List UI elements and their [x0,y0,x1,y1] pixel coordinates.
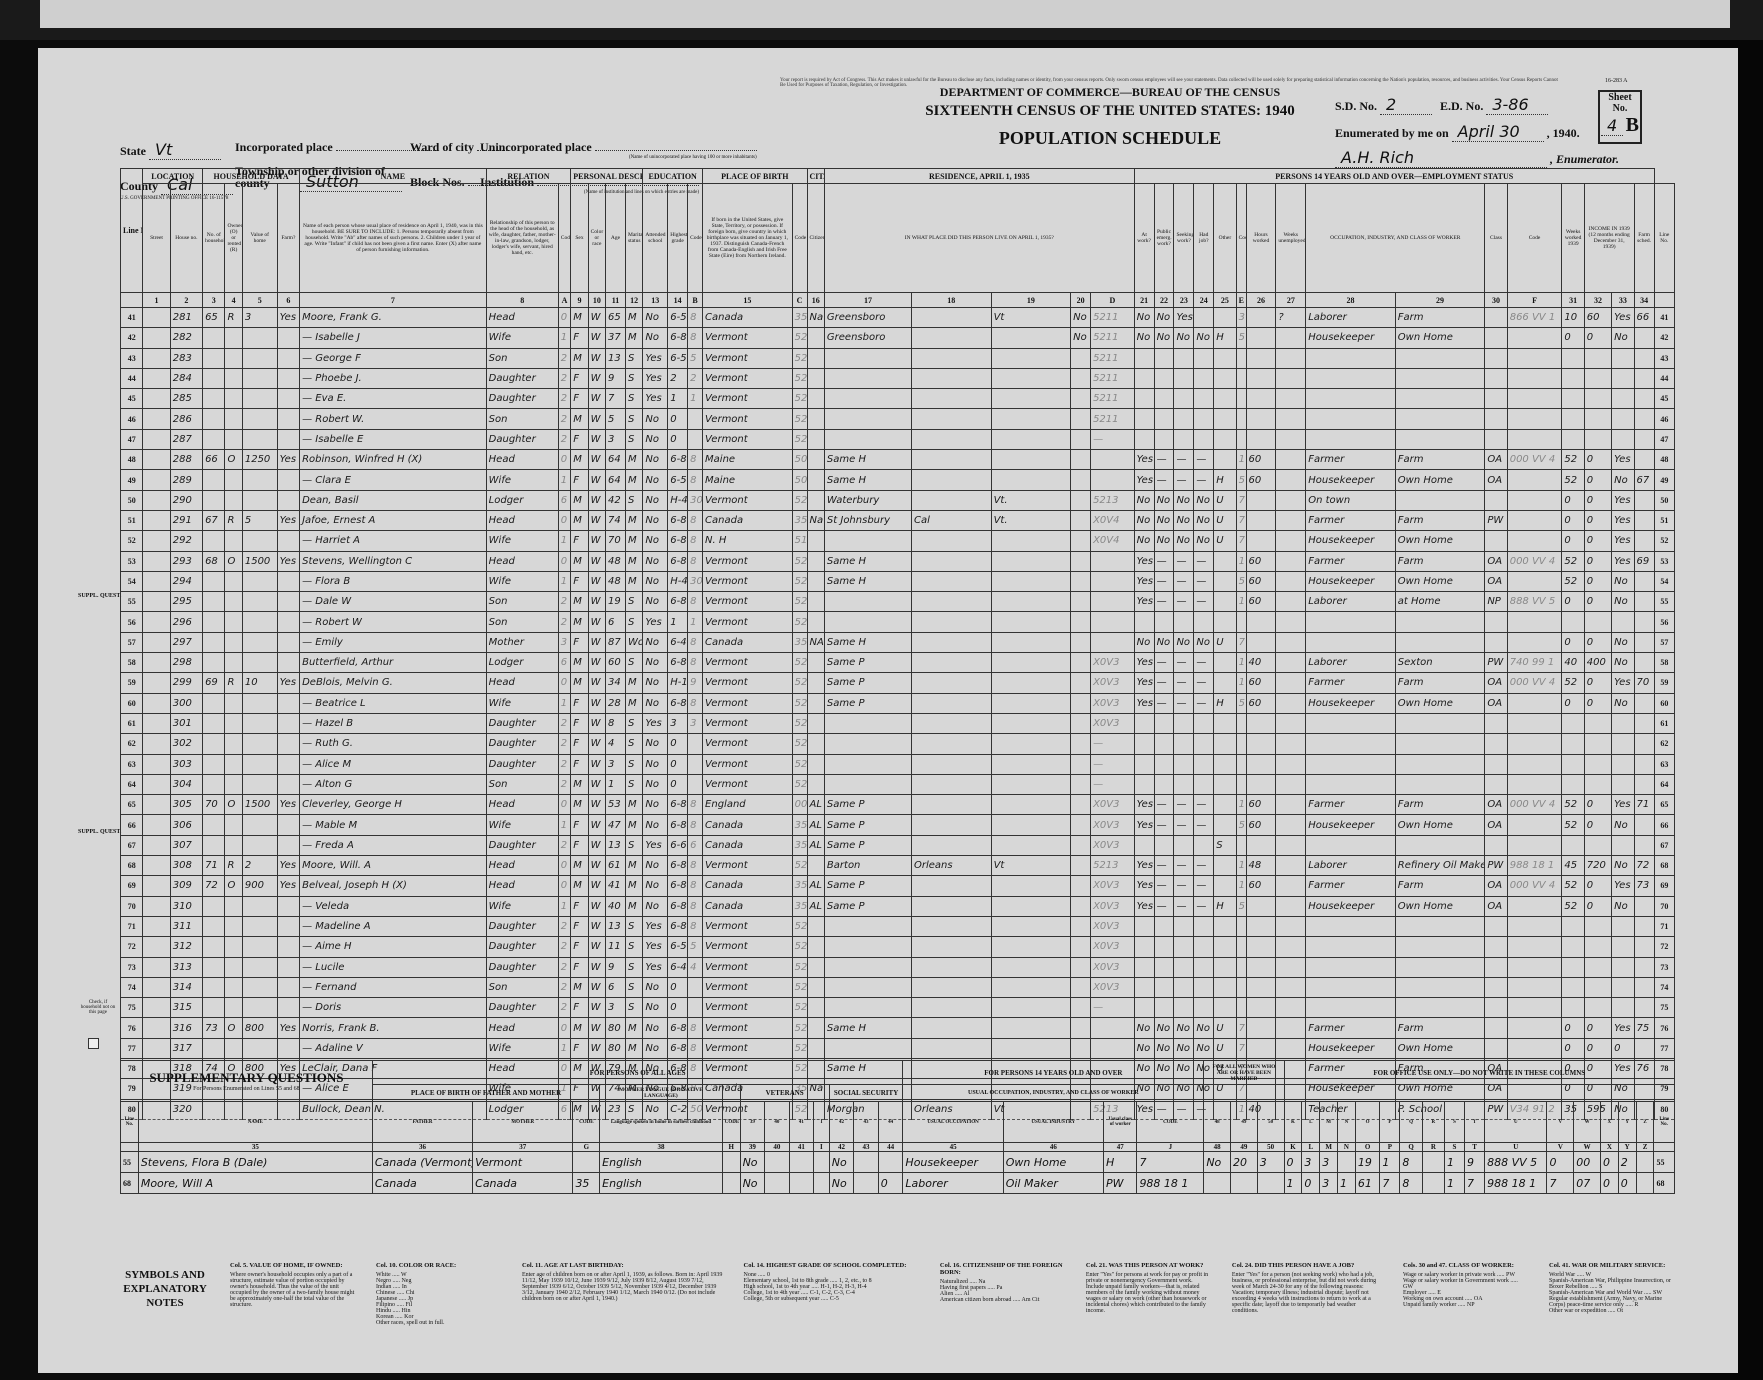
supp-header: M [1320,1102,1338,1143]
cell-age: 8 [606,713,626,733]
cell-house: 302 [170,734,202,754]
cell-c: 52 [792,368,807,388]
cell-sex: M [571,612,588,632]
cell-own [225,409,242,429]
cell-citizen [807,470,824,490]
cell-res-city [824,937,911,957]
cell-birthplace: Vermont [703,409,793,429]
cell-class: OA [1485,571,1507,591]
cell-c27 [1276,815,1306,835]
cell-c22: — [1154,592,1174,612]
cell-industry [1395,774,1485,794]
cell-grade: 0 [668,774,688,794]
supp-col-number: 37 [473,1143,573,1152]
cell-value [242,592,277,612]
ed-field: E.D. No. 3-86 [1440,95,1548,115]
cell-res-farm [1071,795,1091,815]
line-number: 69 [121,876,143,896]
cell-grade: 1 [668,389,688,409]
cell-occupation: Farmer [1306,450,1396,470]
cell-b [688,754,703,774]
cell-value [242,916,277,936]
cell-res-city [824,612,911,632]
supp-col-number: 39 [740,1143,765,1152]
table-row: 45285— Eva E.Daughter2FW7SYes11Vermont52… [121,389,1675,409]
cell-c22: — [1154,653,1174,673]
population-rows: 4128165R3YesMoore, Frank G.Head0MW65MNo6… [121,308,1675,1120]
cell-citizen [807,653,824,673]
cell-c27 [1276,531,1306,551]
cell-c22 [1154,612,1174,632]
cell-c21: Yes [1134,592,1154,612]
cell-school: No [643,653,668,673]
supp-cell-c49: 20 [1231,1152,1258,1173]
cell-wages [1584,368,1611,388]
cell-birthplace: Vermont [703,653,793,673]
cell-house: 307 [170,835,202,855]
cell-value: 1250 [242,450,277,470]
cell-own [225,653,242,673]
cell-farm [277,632,299,652]
cell-b: 8 [688,450,703,470]
cell-name: — Madeline A [300,916,487,936]
cell-farm [277,774,299,794]
cell-res-state [991,368,1071,388]
cell-farm: Yes [277,876,299,896]
cell-birthplace: Canada [703,632,793,652]
cell-farm-sched: 75 [1634,1018,1654,1038]
cell-marital: M [625,815,642,835]
cell-sex: M [571,490,588,510]
supplementary-section: SUPPLEMENTARY QUESTIONS For Persons Enum… [120,1060,1675,1194]
cell-value: 2 [242,856,277,876]
supp-col-number: 38 [600,1143,723,1152]
line-number: 63 [121,754,143,774]
cell-grade: 6-6 [668,835,688,855]
cell-own [225,815,242,835]
cell-citizen [807,450,824,470]
cell-c26 [1246,531,1276,551]
line-number-right: 75 [1654,998,1674,1018]
table-row: 66306— Mable MWife1FW47MNo6-88Canada35AL… [121,815,1675,835]
cell-school: No [643,673,668,693]
residence-group-header: RESIDENCE, APRIL 1, 1935 [824,169,1134,184]
cell-a: 2 [558,429,570,449]
cell-b: 30 [688,490,703,510]
cell-f [1507,754,1562,774]
supp-header: 39 [740,1102,765,1143]
cell-class [1485,937,1507,957]
cell-race: W [588,977,605,997]
cell-weeks [1562,389,1584,409]
cell-house: 285 [170,389,202,409]
note-col21: Col. 21. WAS THIS PERSON AT WORK?Enter "… [1086,1262,1212,1352]
cell-farm-sched [1634,815,1654,835]
cell-res-city: Waterbury [824,490,911,510]
cell-street [143,957,170,977]
cell-sex: F [571,998,588,1018]
supp-header: Usual class of worker [1104,1102,1137,1143]
cell-grade: 6-8 [668,815,688,835]
cell-res-farm [1071,409,1091,429]
supp-cell-k: 0 [1284,1152,1302,1173]
cell-marital: S [625,429,642,449]
cell-farm [277,896,299,916]
cell-farm [277,612,299,632]
cell-marital: M [625,693,642,713]
cell-street [143,1038,170,1058]
cell-c: 52 [792,592,807,612]
cell-a: 1 [558,815,570,835]
cell-res-county [911,368,991,388]
supp-cell-p: 7 [1380,1173,1400,1194]
cell-value [242,998,277,1018]
cell-c24: — [1194,693,1214,713]
cell-sex: M [571,977,588,997]
cell-c26: 48 [1246,856,1276,876]
cell-farm-sched [1634,531,1654,551]
cell-sex: M [571,409,588,429]
cell-birthplace: Vermont [703,937,793,957]
cell-c23: — [1174,592,1194,612]
cell-occupation [1306,774,1396,794]
cell-relation: Daughter [486,713,558,733]
cell-hh [203,693,225,713]
cell-birthplace: Canada [703,896,793,916]
cell-e: 1 [1236,876,1246,896]
cell-school: Yes [643,389,668,409]
veterans-header: VETERANS [740,1085,829,1102]
cell-b: 8 [688,856,703,876]
cell-house: 295 [170,592,202,612]
cell-marital: M [625,1018,642,1038]
social-security-header: SOCIAL SECURITY [829,1085,903,1102]
cell-house: 311 [170,916,202,936]
cell-sex: M [571,774,588,794]
table-row: 58298Butterfield, ArthurLodger6MW60SNo6-… [121,653,1675,673]
cell-a: 2 [558,612,570,632]
cell-res-state [991,734,1071,754]
cell-name: — Robert W. [300,409,487,429]
cell-c26 [1246,409,1276,429]
note-col5: Col. 5. VALUE OF HOME, IF OWNED:Where ow… [230,1262,356,1352]
cell-c27 [1276,632,1306,652]
cell-other-inc [1612,389,1634,409]
cell-other-inc [1612,998,1634,1018]
cell-relation: Head [486,876,558,896]
cell-other-inc: Yes [1612,510,1634,530]
cell-marital: S [625,916,642,936]
cell-class: OA [1485,551,1507,571]
cell-industry: Own Home [1395,571,1485,591]
cell-d: X0V3 [1091,835,1135,855]
cell-d: — [1091,998,1135,1018]
cell-street [143,673,170,693]
cell-name: Norris, Frank B. [300,1018,487,1038]
cell-race: W [588,1038,605,1058]
supp-col-number: 35 [138,1143,372,1152]
cell-farm-sched [1634,713,1654,733]
cell-race: W [588,571,605,591]
supplementary-row: 68Moore, Will ACanadaCanada35EnglishNoNo… [121,1173,1675,1194]
cell-c21 [1134,937,1154,957]
name-group-header: NAME [300,169,487,184]
cell-value [242,774,277,794]
supplementary-table: SUPPLEMENTARY QUESTIONS For Persons Enum… [120,1060,1675,1194]
cell-d [1091,1038,1135,1058]
cell-race: W [588,308,605,328]
cell-res-farm [1071,693,1091,713]
cell-birthplace: Vermont [703,551,793,571]
table-row: 6530570O1500YesCleverley, George HHead0M… [121,795,1675,815]
supp-header: L [1302,1102,1320,1143]
cell-farm [277,531,299,551]
cell-street [143,734,170,754]
cell-c: 35 [792,835,807,855]
cell-name: — Hazel B [300,713,487,733]
supp-cell-code-h [722,1173,740,1194]
cell-relation: Head [486,1018,558,1038]
cell-d [1091,450,1135,470]
cell-age: 80 [606,1038,626,1058]
cell-marital: M [625,795,642,815]
cell-a: 1 [558,571,570,591]
cell-other-inc: Yes [1612,795,1634,815]
cell-c21 [1134,368,1154,388]
cell-relation: Wife [486,815,558,835]
cell-farm-sched [1634,937,1654,957]
note-col10: Col. 10. COLOR OR RACE:White ..... WNegr… [376,1262,502,1352]
cell-occupation: Farmer [1306,1018,1396,1038]
cell-grade: 6-8 [668,328,688,348]
cell-hh [203,957,225,977]
cell-c22 [1154,835,1174,855]
cell-c21: Yes [1134,551,1154,571]
mother-tongue-header: MOTHER TONGUE (OR NATIVE LANGUAGE) [600,1085,723,1102]
cell-citizen: AL [807,835,824,855]
supp-cell-c48 [1204,1173,1231,1194]
cell-c26 [1246,937,1276,957]
cell-name: — Isabelle J [300,328,487,348]
cell-res-farm [1071,957,1091,977]
cell-marital: S [625,937,642,957]
cell-weeks: 0 [1562,510,1584,530]
cell-own: O [225,551,242,571]
line-number: 67 [121,835,143,855]
cell-c21: No [1134,632,1154,652]
cell-res-state [991,1018,1071,1038]
sd-value: 2 [1380,95,1432,115]
cell-res-state [991,774,1071,794]
line-number-right: 73 [1654,957,1674,977]
cell-f [1507,998,1562,1018]
cell-marital: M [625,531,642,551]
note-item: Unpaid family worker ..... NP [1403,1302,1529,1308]
cell-house: 312 [170,937,202,957]
cell-industry: Farm [1395,876,1485,896]
cell-relation: Son [486,977,558,997]
cell-name: — Fernand [300,977,487,997]
cell-wages: 0 [1584,328,1611,348]
household-group-header: HOUSEHOLD DATA [203,169,300,184]
cell-farm-sched: 70 [1634,673,1654,693]
unincorporated-note: (Name of unincorporated place having 100… [480,155,757,160]
cell-weeks [1562,612,1584,632]
supp-header: 48 [1204,1102,1231,1143]
cell-farm [277,1038,299,1058]
cell-other-inc: No [1612,856,1634,876]
cell-occupation: Farmer [1306,876,1396,896]
cell-farm-sched [1634,592,1654,612]
cell-hh [203,429,225,449]
cell-c27 [1276,490,1306,510]
cell-birthplace: Vermont [703,734,793,754]
cell-res-city: Same H [824,551,911,571]
cell-name: — Robert W [300,612,487,632]
income-column-desc: INCOME IN 1939 (12 months ending Decembe… [1584,184,1634,293]
cell-citizen: AL [807,795,824,815]
supp-cell-i [814,1173,830,1194]
cell-farm [277,409,299,429]
cell-relation: Daughter [486,835,558,855]
cell-street [143,490,170,510]
line-number: 66 [121,815,143,835]
cell-occupation [1306,977,1396,997]
cell-c24 [1194,409,1214,429]
cell-c23 [1174,734,1194,754]
cell-grade: H-4 [668,490,688,510]
cell-class: OA [1485,470,1507,490]
cell-race: W [588,510,605,530]
cell-house: 305 [170,795,202,815]
cell-farm-sched [1634,734,1654,754]
cell-citizen [807,490,824,510]
cell-race: W [588,531,605,551]
supp-col-number: N [1338,1143,1356,1152]
cell-own: R [225,308,242,328]
cell-e: 1 [1236,592,1246,612]
cell-marital: Wd [625,632,642,652]
cell-wages: 0 [1584,490,1611,510]
line-number: 61 [121,713,143,733]
cell-own [225,470,242,490]
cell-farm [277,470,299,490]
cell-grade: 6-5 [668,348,688,368]
state-field: State Vt [120,140,221,160]
cell-c26 [1246,896,1276,916]
cell-c24 [1194,308,1214,328]
cell-house: 309 [170,876,202,896]
cell-citizen [807,754,824,774]
cell-value [242,368,277,388]
sheet-number-box: Sheet No. 4 B [1598,90,1642,144]
cell-c27 [1276,389,1306,409]
cell-res-farm [1071,490,1091,510]
cell-industry: at Home [1395,592,1485,612]
cell-age: 65 [606,308,626,328]
incorporated-place-field: Incorporated place [235,140,438,155]
cell-relation: Son [486,409,558,429]
cell-relation: Wife [486,470,558,490]
cell-grade: H-1 [668,673,688,693]
cell-farm-sched [1634,1038,1654,1058]
cell-res-state [991,795,1071,815]
cell-name: — Isabelle E [300,429,487,449]
cell-other-inc [1612,754,1634,774]
cell-d: 5213 [1091,490,1135,510]
supp-cell-u: 888 VV 5 [1485,1152,1547,1173]
cell-res-city [824,348,911,368]
cell-res-state: Vt [991,856,1071,876]
cell-e [1236,713,1246,733]
cell-other-inc: Yes [1612,531,1634,551]
household-checkbox[interactable] [88,1038,99,1049]
cell-c25 [1214,754,1236,774]
cell-school: No [643,632,668,652]
cell-age: 11 [606,937,626,957]
cell-name: — Adaline V [300,1038,487,1058]
cell-f [1507,348,1562,368]
parents-birthplace-header: PLACE OF BIRTH OF FATHER AND MOTHER [372,1085,599,1102]
line-number-right: 70 [1654,896,1674,916]
cell-sex: M [571,856,588,876]
cell-hh [203,896,225,916]
table-row: 77317— Adaline VWife1FW80MNo6-88Vermont5… [121,1038,1675,1058]
cell-b: 8 [688,632,703,652]
cell-farm [277,389,299,409]
cell-farm: Yes [277,551,299,571]
supp-col-number: R [1422,1143,1444,1152]
supp-cell-x: 0 [1600,1152,1618,1173]
cell-c25 [1214,673,1236,693]
line-number-right: 51 [1654,510,1674,530]
cell-res-state [991,957,1071,977]
line-number: 57 [121,632,143,652]
cell-weeks: 0 [1562,1018,1584,1038]
cell-wages [1584,916,1611,936]
cell-age: 13 [606,835,626,855]
cell-c22: No [1154,1038,1174,1058]
cell-citizen [807,1018,824,1038]
supplementary-rows: 55Stevens, Flora B (Dale)Canada (Vermont… [121,1152,1675,1194]
cell-a: 0 [558,551,570,571]
cell-farm [277,734,299,754]
cell-industry [1395,937,1485,957]
cell-f [1507,368,1562,388]
cell-d: X0V3 [1091,977,1135,997]
cell-class [1485,328,1507,348]
supp-cell-mother: Canada [473,1173,573,1194]
cell-street [143,389,170,409]
cell-value: 1500 [242,551,277,571]
line-number: 45 [121,389,143,409]
cell-c: 52 [792,998,807,1018]
cell-street [143,774,170,794]
cell-grade: 6-8 [668,916,688,936]
cell-industry [1395,429,1485,449]
cell-own: R [225,673,242,693]
cell-res-county [911,713,991,733]
cell-house: 284 [170,368,202,388]
cell-relation: Head [486,551,558,571]
cell-c22 [1154,713,1174,733]
cell-e: 1 [1236,551,1246,571]
cell-f [1507,815,1562,835]
enumerated-date-field: Enumerated by me on April 30 , 1940. [1335,122,1580,142]
cell-farm [277,592,299,612]
cell-c23: — [1174,896,1194,916]
supp-header: 49 [1231,1102,1258,1143]
